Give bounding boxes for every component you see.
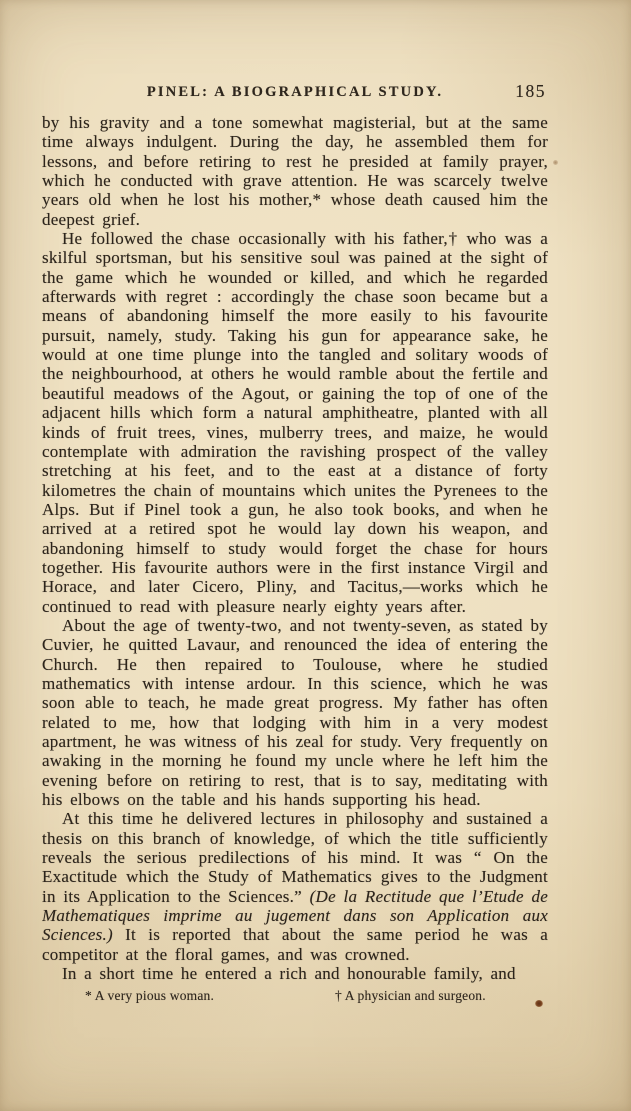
paragraph-5-text: In a short time he entered a rich and ho… — [62, 964, 516, 983]
paragraph-5: In a short time he entered a rich and ho… — [42, 964, 548, 983]
paragraph-4-text-tail: It is reported that about the same perio… — [42, 925, 548, 963]
paragraph-2: He followed the chase occasionally with … — [42, 229, 548, 616]
running-title: PINEL: A BIOGRAPHICAL STUDY. — [42, 84, 548, 101]
footnote-father: † A physician and surgeon. — [335, 988, 486, 1004]
footnote-mother: * A very pious woman. — [85, 988, 214, 1004]
body-text: by his gravity and a tone somewhat magis… — [42, 113, 548, 991]
paragraph-2-text: He followed the chase occasionally with … — [42, 229, 548, 616]
foxing-spot-small — [553, 160, 558, 165]
book-page: PINEL: A BIOGRAPHICAL STUDY. 185 by his … — [0, 0, 631, 1111]
paragraph-3-text: About the age of twenty-two, and not twe… — [42, 616, 548, 809]
page-number: 185 — [515, 81, 546, 102]
paragraph-1: by his gravity and a tone somewhat magis… — [42, 113, 548, 229]
paragraph-4: At this time he delivered lectures in ph… — [42, 809, 548, 964]
page-header: PINEL: A BIOGRAPHICAL STUDY. 185 — [42, 84, 548, 106]
paragraph-3: About the age of twenty-two, and not twe… — [42, 616, 548, 809]
footnotes: * A very pious woman. † A physician and … — [42, 988, 548, 1008]
paragraph-1-text: by his gravity and a tone somewhat magis… — [42, 113, 548, 229]
